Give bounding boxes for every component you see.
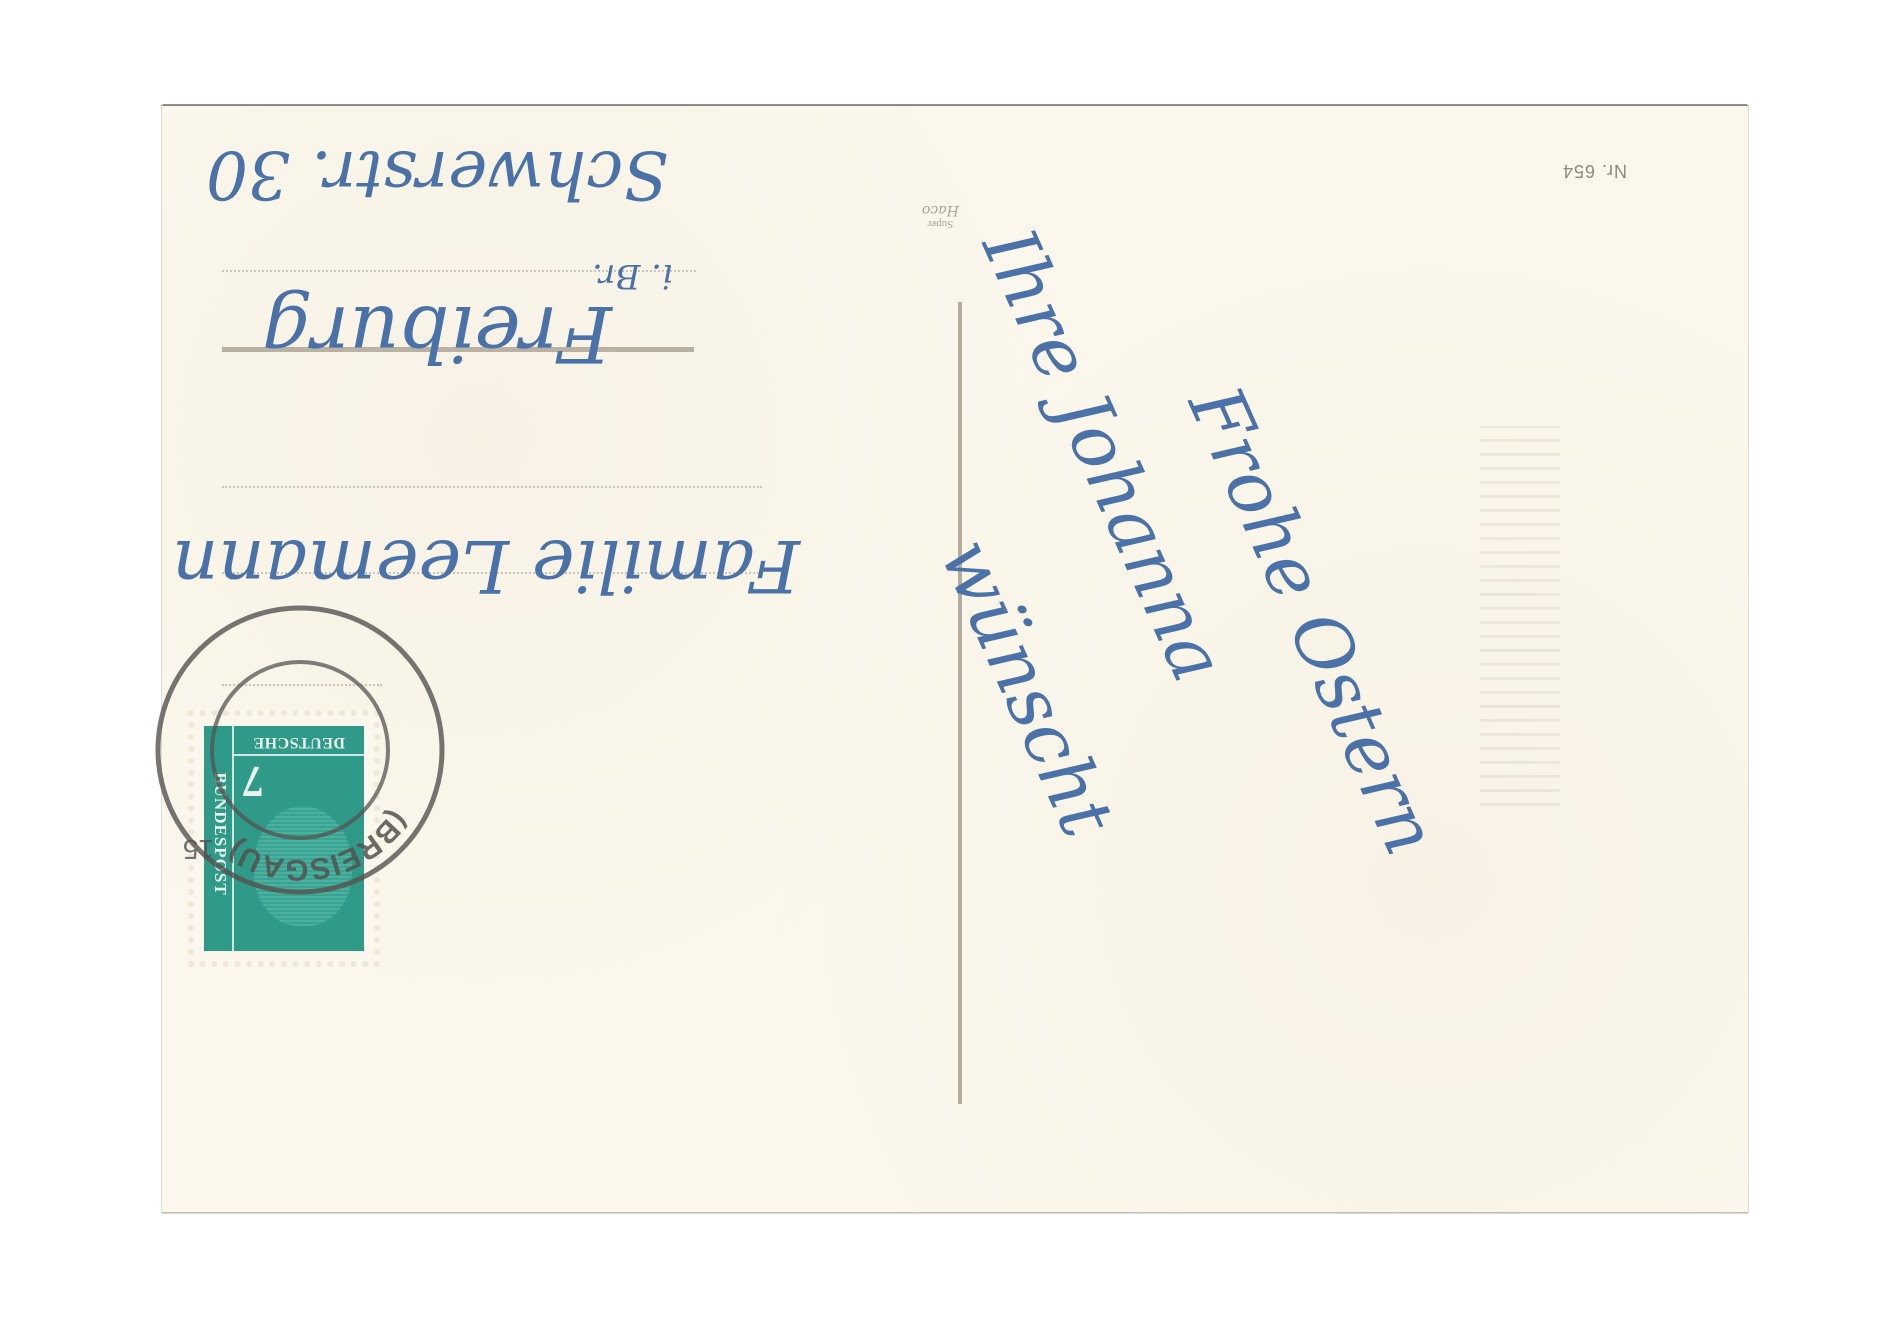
card-top-edge	[162, 104, 1748, 109]
address-city: Freiburg	[262, 288, 612, 378]
series-number: Nr. 654	[1562, 160, 1627, 181]
address-rule-dotted	[222, 684, 382, 686]
postcard: Nr. 654 Super Haco Schwerstr. 30 i. Br. …	[162, 106, 1748, 1212]
address-street: Schwerstr. 30	[206, 136, 668, 213]
postage-stamp: DEUTSCHE BUNDESPOST 7	[188, 710, 380, 967]
maker-mark: Super Haco	[922, 202, 959, 230]
stamp-country-label: DEUTSCHE	[238, 729, 360, 751]
stamp-post-label: BUNDESPOST	[206, 736, 230, 932]
card-bottom-edge	[162, 1209, 1748, 1214]
embossed-publisher-text	[1480, 426, 1560, 806]
message-line: wünscht	[923, 526, 1130, 849]
stamp-frame-line	[232, 726, 234, 951]
address-recipient: Familie Leemann	[172, 524, 800, 608]
maker-mark-small: Super	[922, 218, 959, 230]
stamp-value: 7	[242, 756, 264, 807]
maker-mark-script: Haco	[922, 202, 959, 218]
stamp-portrait-icon	[254, 806, 352, 926]
address-rule-dotted	[222, 486, 762, 488]
stamp-face: DEUTSCHE BUNDESPOST 7	[204, 726, 364, 951]
address-message-divider	[958, 302, 962, 1104]
